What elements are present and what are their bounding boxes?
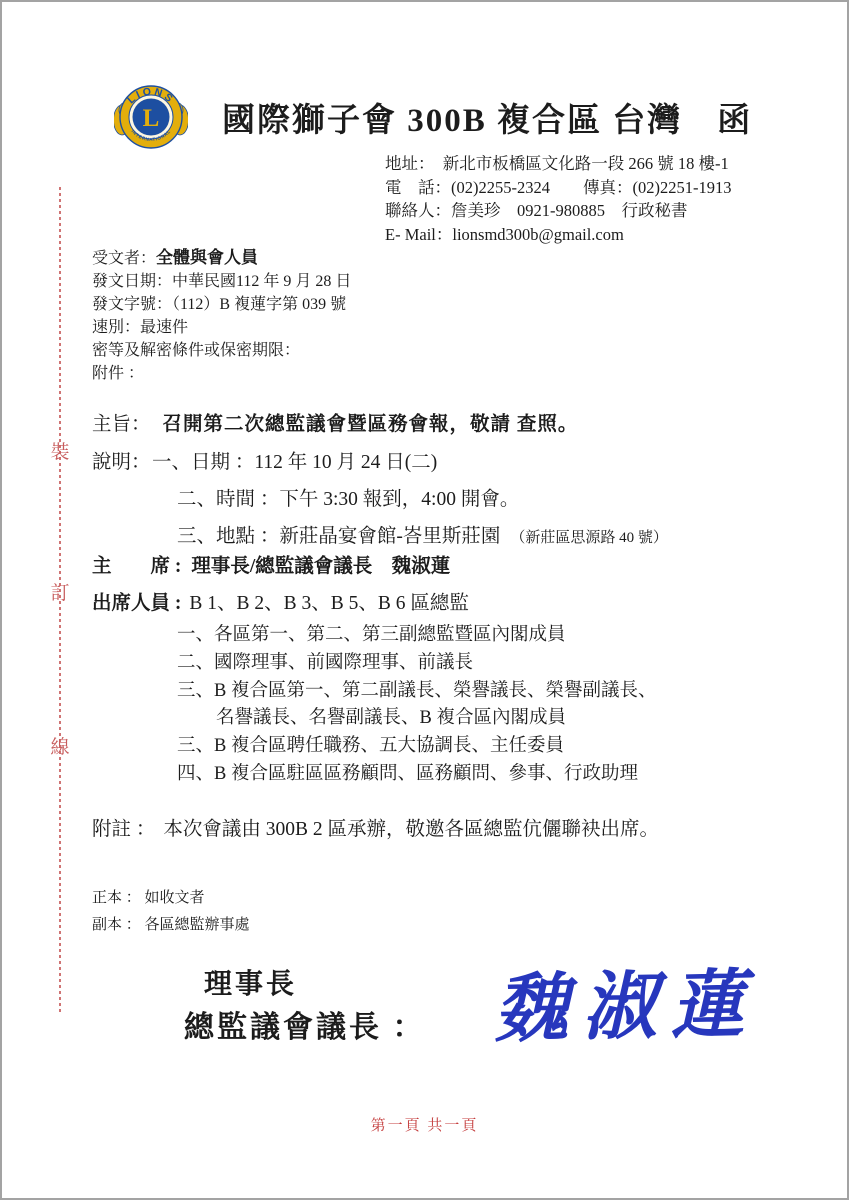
contact-address: 地址： 新北市板橋區文化路一段 266 號 18 樓-1: [385, 152, 731, 176]
subject-text: 召開第二次總監議會暨區務會報，敬請 查照。: [163, 414, 579, 435]
note-label: 附註 ：: [92, 819, 155, 840]
attendee-item: 一、各區第一、第二、第三副總監暨區內閣成員: [177, 620, 566, 646]
recipient-value: 全體與會人員: [156, 248, 258, 267]
signature-title-chairman: 理事長: [204, 962, 297, 1002]
signature-stamp: 魏淑蓮: [493, 945, 759, 1057]
description-item-date: 一、日期 ：112 年 10 月 24 日(二): [152, 446, 437, 474]
contact-phone-fax: 電 話：(02)2255-2324 傳真：(02)2251-1913: [385, 176, 731, 200]
note-row: 附註 ：本次會議由 300B 2 區承辦，敬邀各區總監伉儷聯袂出席。: [92, 813, 659, 841]
description-item-venue: 三、地點 ：新莊晶宴會館-峇里斯莊園（新莊區思源路 40 號）: [177, 520, 668, 548]
document-title: 國際獅子會 300B 複合區 台灣 函: [222, 94, 752, 141]
binding-char-zhuang: 裝: [48, 437, 72, 464]
lions-club-logo-icon: L LIONS INTERNATIONAL: [114, 80, 188, 154]
contact-email: E- Mail：lionsmd300b@gmail.com: [385, 223, 731, 247]
attendees-row: 出席人員 :B 1、B 2、B 3、B 5、B 6 區總監: [92, 587, 469, 615]
binding-char-ding: 訂: [48, 578, 72, 605]
security-class-row: 密等及解密條件或保密期限：: [92, 339, 351, 362]
recipient-label: 受文者：: [92, 250, 156, 267]
attendee-item-continuation: 名譽議長、名譽副議長、B 複合區內閣成員: [216, 703, 566, 729]
subject-label: 主旨：: [92, 414, 151, 435]
signature-title-council-chair: 總監議會議長 ：: [184, 1002, 426, 1046]
attendees-label: 出席人員 :: [92, 593, 181, 614]
recipient-row: 受文者：全體與會人員: [92, 246, 351, 270]
logo-center-letter: L: [143, 105, 160, 132]
document-page: 裝 訂 線 L LIONS INTERNATIONAL 國際獅子會 300B: [0, 0, 849, 1200]
note-text: 本次會議由 300B 2 區承辦，敬邀各區總監伉儷聯袂出席。: [163, 819, 659, 840]
page-number-footer: 第一頁 共一頁: [2, 1114, 847, 1135]
description-label: 說明：: [92, 446, 151, 474]
chair-name: 理事長/總監議會議長 魏淑蓮: [191, 556, 450, 577]
attendee-item: 三、B 複合區第一、第二副議長、榮譽議長、榮譽副議長、: [177, 676, 656, 702]
chair-label: 主 席 :: [92, 556, 181, 577]
attachment-row: 附件 ：: [92, 362, 351, 385]
attendee-item: 二、國際理事、前國際理事、前議長: [177, 648, 473, 674]
description-item-time: 二、時間 ：下午 3:30 報到，4:00 開會。: [177, 483, 519, 511]
speed-class-row: 速別：最速件: [92, 316, 351, 339]
attendee-item: 四、B 複合區駐區區務顧問、區務顧問、參事、行政助理: [177, 759, 638, 785]
subject-row: 主旨：召開第二次總監議會暨區務會報，敬請 查照。: [92, 408, 578, 436]
chair-row: 主 席 :理事長/總監議會議長 魏淑蓮: [92, 550, 450, 578]
distribution-copy: 副本 ： 各區總監辦事處: [92, 913, 250, 934]
contact-person: 聯絡人：詹美珍 0921-980885 行政秘書: [385, 199, 731, 223]
distribution-original: 正本 ： 如收文者: [92, 886, 205, 907]
attendee-item: 三、B 複合區聘任職務、五大協調長、主任委員: [177, 731, 564, 757]
binding-char-xian: 線: [48, 732, 72, 759]
contact-block: 地址： 新北市板橋區文化路一段 266 號 18 樓-1 電 話：(02)225…: [385, 152, 731, 246]
attendees-first-line: B 1、B 2、B 3、B 5、B 6 區總監: [189, 593, 469, 614]
venue-text: 三、地點 ：新莊晶宴會館-峇里斯莊園: [177, 526, 500, 547]
venue-address-note: （新莊區思源路 40 號）: [510, 530, 668, 546]
issue-number-row: 發文字號：（112）B 複蓮字第 039 號: [92, 293, 351, 316]
issue-date-row: 發文日期：中華民國112 年 9 月 28 日: [92, 270, 351, 293]
meta-block: 受文者：全體與會人員 發文日期：中華民國112 年 9 月 28 日 發文字號：…: [92, 246, 351, 385]
